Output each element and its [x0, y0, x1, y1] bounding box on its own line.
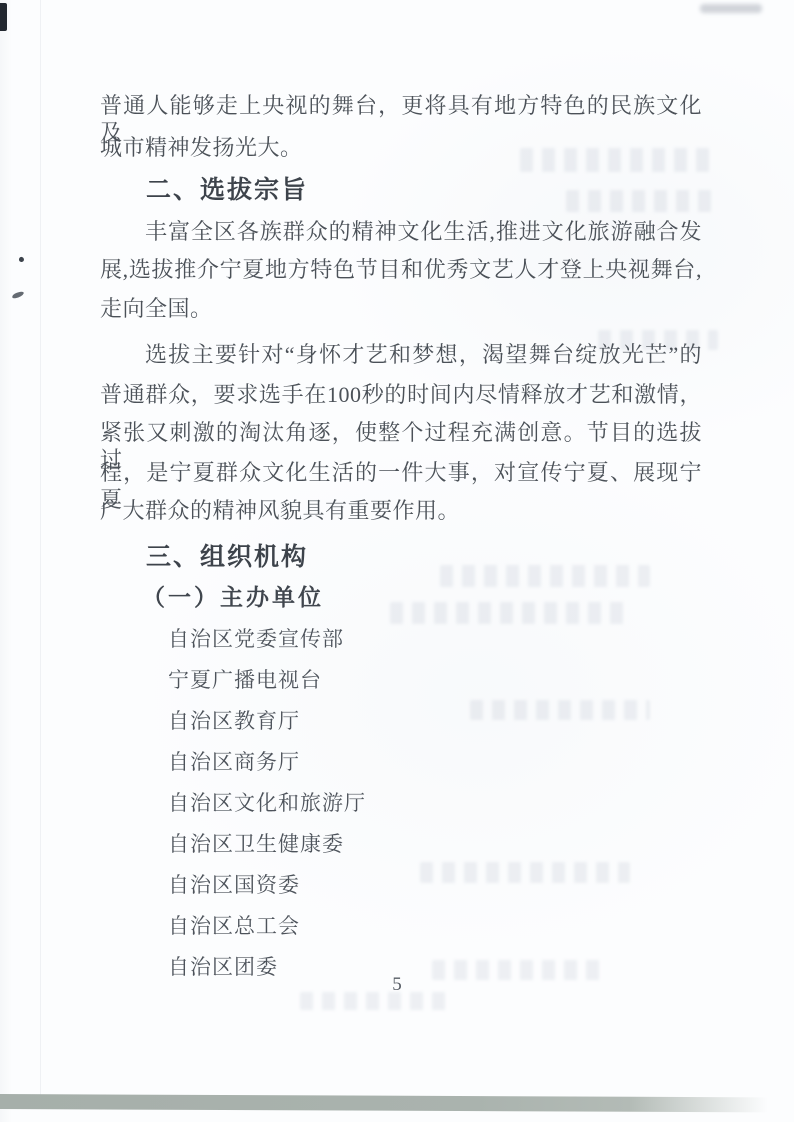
ink-speck: [11, 291, 24, 299]
organizer-item: 自治区教育厅: [168, 709, 300, 734]
organizer-item: 自治区商务厅: [168, 750, 300, 775]
bleed-through-mark: [566, 190, 716, 212]
fold-line: [40, 0, 41, 1096]
bleed-through-mark: [440, 565, 650, 587]
body-line: 广大群众的精神风貌具有重要作用。: [100, 497, 702, 524]
organizer-item: 自治区党委宣传部: [168, 627, 344, 652]
body-line: 城市精神发扬光大。: [100, 134, 702, 161]
organizer-item: 自治区卫生健康委: [168, 832, 344, 857]
organizer-item: 自治区文化和旅游厅: [168, 791, 366, 816]
document-page: 普通人能够走上央视的舞台，更将具有地方特色的民族文化及 城市精神发扬光大。 二、…: [0, 0, 794, 1122]
organizer-item: 自治区总工会: [168, 914, 300, 939]
bleed-through-mark: [390, 602, 630, 624]
bleed-through-mark: [420, 862, 630, 883]
body-line: 丰富全区各族群众的精神文化生活,推进文化旅游融合发: [100, 218, 702, 245]
ink-speck: [18, 256, 24, 262]
scan-streak-mark: [700, 4, 762, 13]
page-edge-shadow: [0, 1094, 768, 1112]
page-number: 5: [0, 974, 794, 996]
body-line: 走向全国。: [100, 295, 702, 322]
subsection-heading: （一）主办单位: [142, 584, 324, 611]
section-heading: 二、选拔宗旨: [146, 176, 308, 204]
section-heading: 三、组织机构: [146, 543, 308, 571]
body-line: 展,选拔推介宁夏地方特色节目和优秀文艺人才登上央视舞台,: [100, 256, 702, 283]
organizer-item: 宁夏广播电视台: [168, 668, 322, 693]
bleed-through-mark: [470, 700, 650, 720]
body-line: 普通群众，要求选手在100秒的时间内尽情释放才艺和激情，: [100, 381, 702, 408]
organizer-item: 自治区国资委: [168, 873, 300, 898]
body-line: 选拔主要针对“身怀才艺和梦想，渴望舞台绽放光芒”的: [100, 341, 702, 368]
scan-corner-mark: [0, 3, 7, 31]
